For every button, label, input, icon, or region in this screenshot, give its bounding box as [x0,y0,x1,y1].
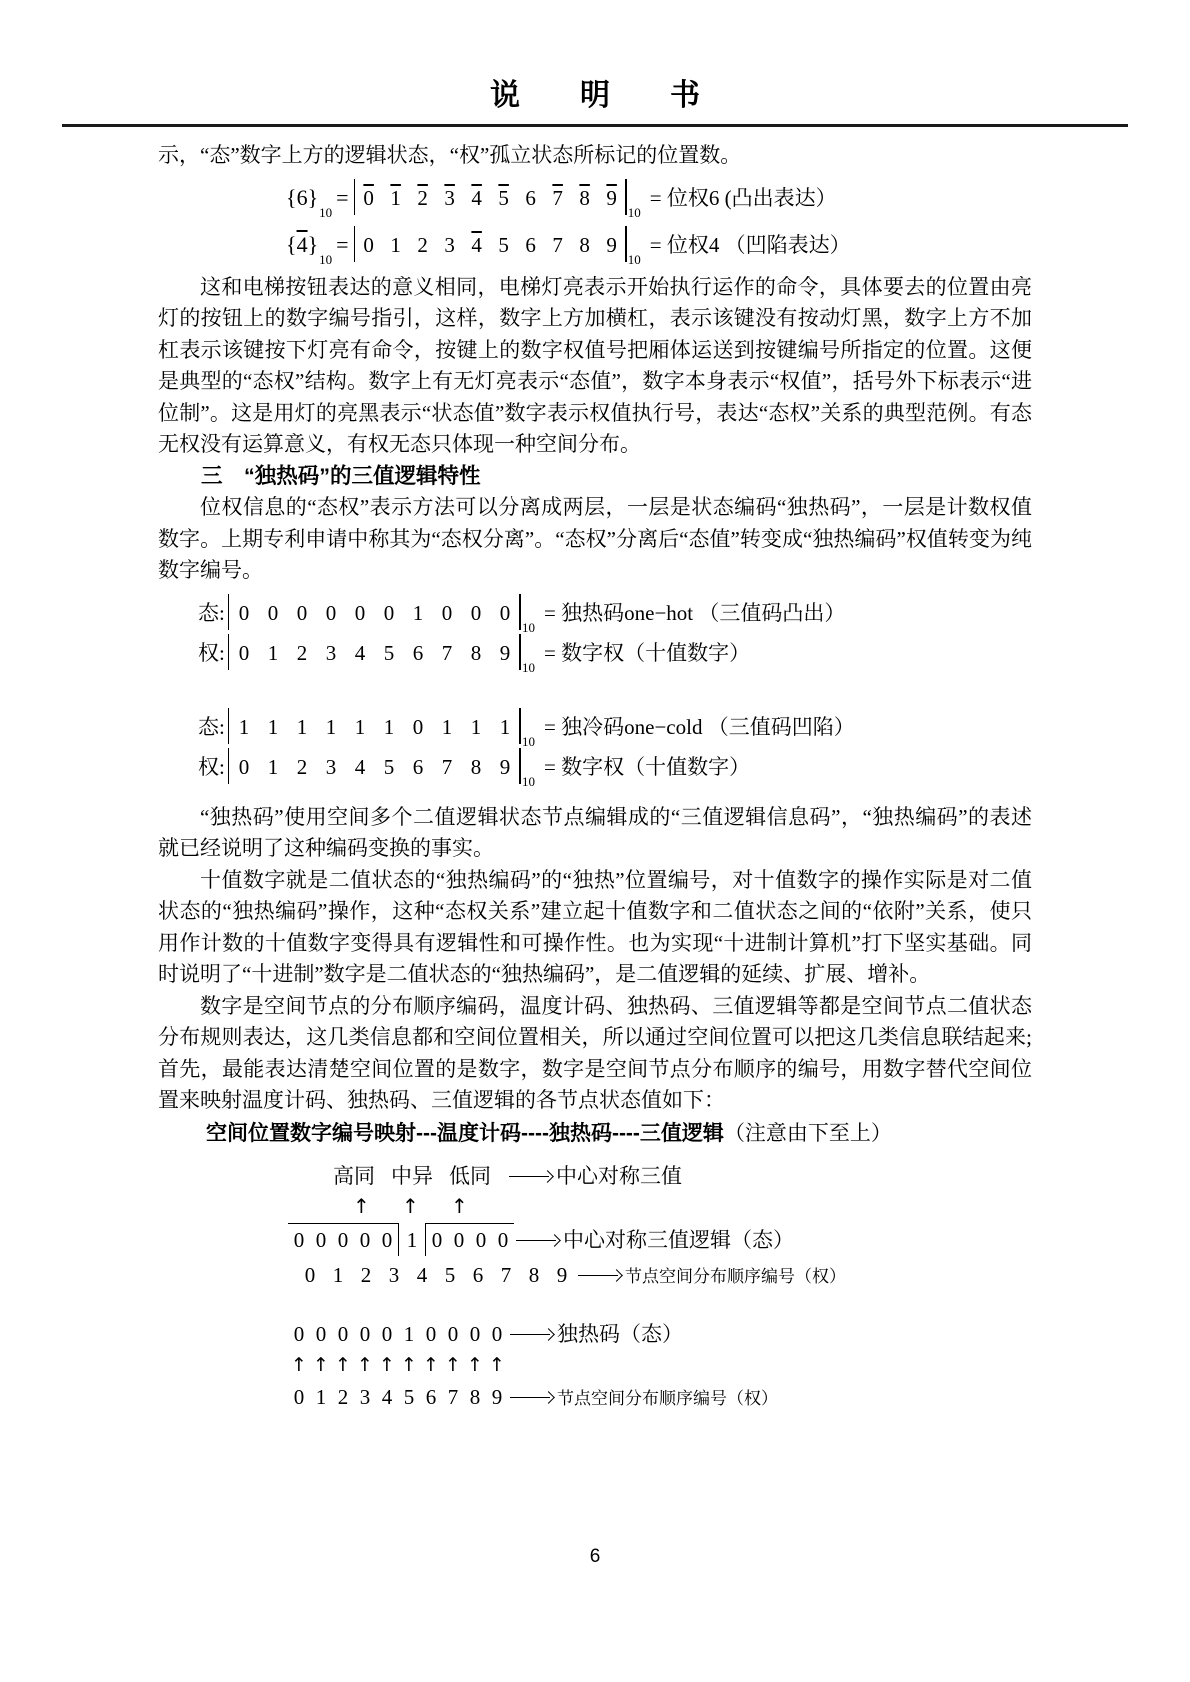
center-one: 1 [399,1225,425,1257]
paragraph-onehot-info: “独热码”使用空间多个二值逻辑状态节点编辑成的“三值逻辑信息码”，“独热编码”的… [158,802,1032,865]
onecold-formulas-block: 态:111111011110= 独冷码one−cold （三值码凹陷） 权:01… [158,707,1032,787]
long-arrow-icon [510,1328,554,1341]
formula-weight-4: {4}10=012345678910= 位权4 （凹陷表达） [286,221,1032,268]
digit: 1 [345,707,374,747]
digit: 8 [461,747,490,787]
digit: 0 [288,1319,310,1351]
diagram2-uparrow-row: ↑↑↑↑↑↑↑↑↑↑ [288,1350,1032,1379]
digit: 0 [442,1319,464,1351]
digit: 1 [258,633,287,673]
digit: 9 [598,175,625,222]
digit: 9 [490,633,519,673]
digit: 1 [316,707,345,747]
formula-lhs: {4}10= [286,232,354,257]
digit-row: 0123456789 [288,1385,508,1409]
digit-row: 0123456789 [229,641,519,665]
digit: 0 [288,1225,310,1257]
label-mid-diff: 中异 [391,1164,433,1188]
digit: 0 [296,1260,324,1292]
formula-onehot-state: 态:000000100010= 独热码one−hot （三值码凸出） [198,593,1032,633]
digit: ↑ [442,1351,464,1380]
digit: 0 [287,593,316,633]
digit: 3 [380,1260,408,1292]
digit: 1 [258,747,287,787]
digit: 1 [324,1260,352,1292]
digit: ↑ [332,1351,354,1380]
center-symmetric-diagram: 高同中异低同中心对称三值 ↑↑↑ 0000010000中心对称三值逻辑（态） 0… [158,1161,1032,1293]
digit: 1 [229,707,258,747]
digit: 0 [229,633,258,673]
digit: 8 [461,633,490,673]
state-caption: 中心对称三值逻辑（态） [563,1228,794,1252]
digit: 0 [374,593,403,633]
digit: 2 [332,1382,354,1414]
digit: 0 [316,593,345,633]
digit: 5 [398,1382,420,1414]
digit: 0 [332,1225,354,1257]
digit: 0 [355,222,382,269]
digit: 4 [376,1382,398,1414]
digit: 7 [544,222,571,269]
formula-rhs: = 数字权（十值数字） [544,641,750,665]
digit: 0 [229,747,258,787]
long-arrow-icon [509,1170,553,1183]
digit: 1 [398,1319,420,1351]
formula-rhs: = 独热码one−hot （三值码凸出） [544,601,845,625]
digit: 1 [432,707,461,747]
digit: 4 [463,175,490,222]
right-bar [625,179,627,215]
diagram1-uparrow-row: ↑↑↑ [353,1193,1032,1220]
digit: 2 [409,222,436,269]
digit-row: 0123456789 [229,755,519,779]
digit: 7 [442,1382,464,1414]
digit-row: 0123456789 [355,186,625,210]
page-number: 6 [0,1546,1190,1568]
digit: 9 [548,1260,576,1292]
digit: 6 [420,1382,442,1414]
diagram1-weight-row: 0123456789节点空间分布顺序编号（权） [296,1260,1032,1293]
diagram2-state-row: 0000010000独热码（态） [288,1319,1032,1351]
digit: 5 [490,175,517,222]
digit: 0 [426,1225,448,1257]
onehot-formulas-block: 态:000000100010= 独热码one−hot （三值码凸出） 权:012… [158,593,1032,673]
right-bar [519,748,521,784]
digit: 3 [354,1382,376,1414]
diagram1-label-row: 高同中异低同中心对称三值 [333,1161,1032,1193]
digit: 3 [316,633,345,673]
section-heading-3: 三 “独热码”的三值逻辑特性 [158,461,1032,493]
digit: 0 [288,1382,310,1414]
digit: 0 [229,593,258,633]
digit: 0 [470,1225,492,1257]
paragraph-decimal: 十值数字就是二值状态的“独热编码”的“独热”位置编号，对十值数字的操作实际是对二… [158,865,1032,991]
overlined-group-right: 0000 [425,1223,514,1257]
digit: 6 [517,222,544,269]
digit: 0 [355,175,382,222]
digit: 0 [464,1319,486,1351]
digit: 1 [382,175,409,222]
diagram1-state-row: 0000010000中心对称三值逻辑（态） [288,1223,1032,1257]
digit: 0 [310,1319,332,1351]
digit: 8 [571,175,598,222]
digit-row: 0123456789 [296,1263,576,1287]
digit: 3 [316,747,345,787]
digit: 8 [571,222,598,269]
right-bar [625,226,627,262]
digit: 0 [492,1225,514,1257]
digit: 7 [544,175,571,222]
formula-rhs: = 位权4 （凹陷表达） [650,233,851,257]
title-divider [62,124,1128,127]
mapping-heading-bold: 空间位置数字编号映射---温度计码----独热码----三值逻辑 [206,1122,724,1145]
digit: 1 [258,707,287,747]
digit: 6 [464,1260,492,1292]
patent-specification-page: 说 明 书 示，“态”数字上方的逻辑状态，“权”孤立状态所标记的位置数。 {6}… [0,0,1190,1682]
digit: 7 [432,633,461,673]
digit-row: 1111110111 [229,715,519,739]
digit: 1 [382,222,409,269]
label-high-same: 高同 [333,1164,375,1188]
digit: ↑ [398,1351,420,1380]
digit: 3 [436,175,463,222]
paragraph-mapping-intro: 数字是空间节点的分布顺序编码，温度计码、独热码、三值逻辑等都是空间节点二值状态分… [158,991,1032,1117]
label-low-same: 低同 [449,1164,491,1188]
digit-row: 0000010000 [288,1322,508,1346]
weight-formulas-block: {6}10=012345678910= 位权6 (凸出表达） {4}10=012… [158,174,1032,268]
digit: 6 [403,747,432,787]
intro-line: 示，“态”数字上方的逻辑状态，“权”孤立状态所标记的位置数。 [158,140,1032,172]
digit: 0 [345,593,374,633]
formula-digit-weight-2: 权:012345678910= 数字权（十值数字） [198,747,1032,787]
digit: ↑ [376,1351,398,1380]
digit: 4 [408,1260,436,1292]
digit: 2 [287,633,316,673]
formula-digit-weight: 权:012345678910= 数字权（十值数字） [198,633,1032,673]
digit: 8 [520,1260,548,1292]
mapping-heading: 空间位置数字编号映射---温度计码----独热码----三值逻辑（注意由下至上） [206,1118,1032,1150]
right-bar [519,634,521,670]
digit: ↑ [451,1193,465,1220]
digit: 1 [310,1382,332,1414]
formula-rhs: = 数字权（十值数字） [544,755,750,779]
digit: 0 [448,1225,470,1257]
digit: ↑ [354,1351,376,1380]
digit: 0 [461,593,490,633]
digit: 2 [409,175,436,222]
digit: 8 [464,1382,486,1414]
long-arrow-icon [510,1391,554,1404]
formula-weight-6: {6}10=012345678910= 位权6 (凸出表达） [286,174,1032,221]
digit: 5 [374,747,403,787]
digit: 9 [486,1382,508,1414]
weight-caption: 节点空间分布顺序编号（权） [557,1389,778,1408]
diagram2-weight-row: 0123456789节点空间分布顺序编号（权） [288,1382,1032,1415]
digit: 5 [436,1260,464,1292]
page-title: 说 明 书 [0,0,1190,114]
right-bar [519,594,521,630]
digit: 0 [258,593,287,633]
digit: 7 [492,1260,520,1292]
digit: 0 [376,1319,398,1351]
digit: 0 [310,1225,332,1257]
digit: ↑ [464,1351,486,1380]
digit: 0 [332,1319,354,1351]
overlined-group-left: 00000 [288,1223,399,1257]
digit: 2 [287,747,316,787]
document-body: 示，“态”数字上方的逻辑状态，“权”孤立状态所标记的位置数。 {6}10=012… [158,140,1032,1415]
digit: 1 [374,707,403,747]
long-arrow-icon [578,1269,622,1282]
digit: ↑ [402,1193,416,1220]
digit: 7 [432,747,461,787]
right-bar [519,708,521,744]
digit: ↑ [288,1351,310,1380]
weight-caption: 节点空间分布顺序编号（权） [625,1267,846,1286]
mapping-heading-note: （注意由下至上） [724,1121,892,1145]
digit: 4 [463,222,490,269]
long-arrow-icon [516,1234,560,1247]
digit: 3 [436,222,463,269]
digit: 0 [376,1225,398,1257]
digit: 9 [490,747,519,787]
digit: 0 [432,593,461,633]
digit: ↑ [310,1351,332,1380]
digit: 0 [354,1319,376,1351]
digit: 1 [490,707,519,747]
digit: ↑ [486,1351,508,1380]
digit: 5 [374,633,403,673]
paragraph-elevator: 这和电梯按钮表达的意义相同，电梯灯亮表示开始执行运作的命令，具体要去的位置由亮灯… [158,272,1032,461]
digit-row: 0123456789 [355,233,625,257]
digit: 4 [345,633,374,673]
digit: 0 [354,1225,376,1257]
digit: ↑ [420,1351,442,1380]
digit: 4 [345,747,374,787]
onehot-diagram: 0000010000独热码（态） ↑↑↑↑↑↑↑↑↑↑ 0123456789节点… [158,1319,1032,1415]
digit: 2 [352,1260,380,1292]
formula-rhs: = 位权6 (凸出表达） [650,186,837,210]
state-caption: 独热码（态） [557,1322,683,1346]
digit: 9 [598,222,625,269]
digit-row: 0000001000 [229,601,519,625]
digit: 1 [461,707,490,747]
formula-lhs: {6}10= [286,185,354,210]
digit: 6 [517,175,544,222]
digit: 0 [490,593,519,633]
digit: 5 [490,222,517,269]
digit: ↑ [353,1193,367,1220]
digit: 1 [287,707,316,747]
paragraph-separation: 位权信息的“态权”表示方法可以分离成两层，一层是状态编码“独热码”，一层是计数权… [158,492,1032,587]
digit: 0 [486,1319,508,1351]
digit: 1 [403,593,432,633]
digit: 0 [403,707,432,747]
formula-rhs: = 独冷码one−cold （三值码凹陷） [544,715,855,739]
formula-onecold-state: 态:111111011110= 独冷码one−cold （三值码凹陷） [198,707,1032,747]
digit: 0 [420,1319,442,1351]
label-caption: 中心对称三值 [556,1164,682,1188]
digit: 6 [403,633,432,673]
